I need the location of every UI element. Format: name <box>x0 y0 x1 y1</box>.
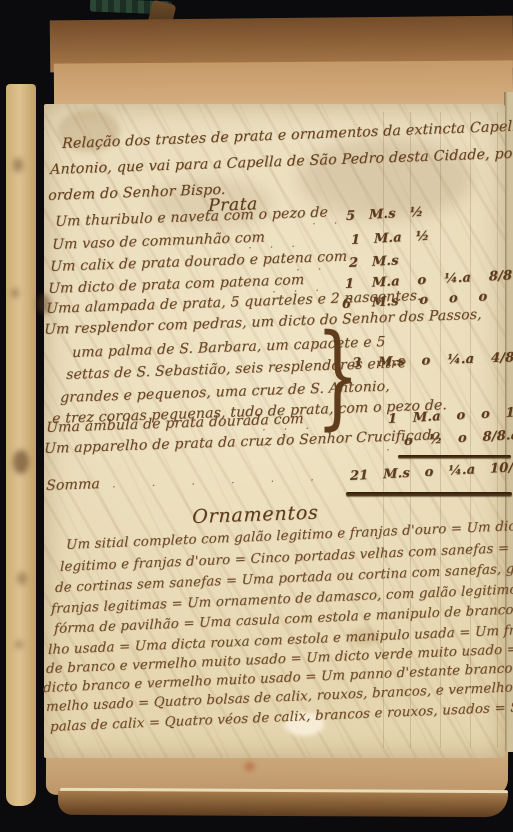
page-edge-bottom-dark <box>58 791 508 817</box>
fore-edge <box>6 84 36 806</box>
sum-rule <box>346 492 512 496</box>
leader-dots: · <box>386 443 397 457</box>
brace-right-icon: } <box>316 322 359 428</box>
weight-value: 2 M.s <box>349 253 399 271</box>
sum-rule <box>398 455 511 458</box>
photo-backdrop: Relação dos trastes de prata e ornamento… <box>0 0 513 832</box>
leader-dots: · · <box>312 216 345 231</box>
somma-label: Somma <box>46 476 100 494</box>
section-heading-ornamentos: Ornamentos <box>192 502 319 528</box>
